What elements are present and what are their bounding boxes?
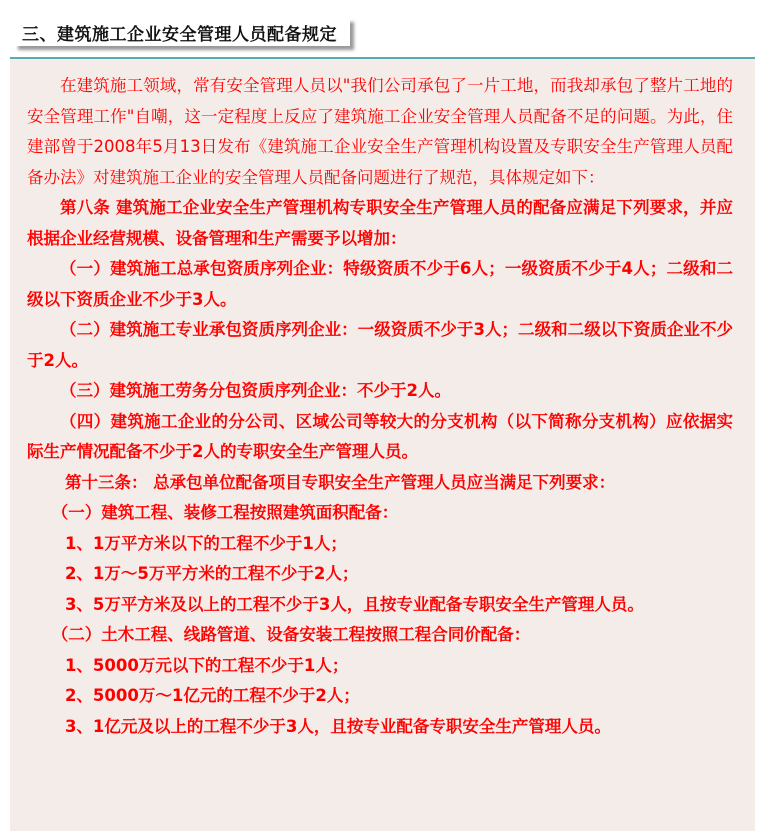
article-8-item: （三）建筑施工劳务分包资质序列企业：不少于2人。 xyxy=(27,376,733,407)
article-13-group2-item: 3、1亿元及以上的工程不少于3人，且按专业配备专职安全生产管理人员。 xyxy=(27,712,733,743)
article-13-group1-item: 2、1万～5万平方米的工程不少于2人； xyxy=(27,559,733,590)
content-box: 在建筑施工领域，常有安全管理人员以"我们公司承包了一片工地，而我却承包了整片工地… xyxy=(10,57,755,831)
article-13-group1-title: （一）建筑工程、装修工程按照建筑面积配备： xyxy=(27,498,733,529)
article-13-group2-item: 1、5000万元以下的工程不少于1人； xyxy=(27,651,733,682)
article-13-group1-item: 3、5万平方米及以上的工程不少于3人，且按专业配备专职安全生产管理人员。 xyxy=(27,590,733,621)
article-8-item: （二）建筑施工专业承包资质序列企业：一级资质不少于3人；二级和二级以下资质企业不… xyxy=(27,315,733,376)
article-8-item: （四）建筑施工企业的分公司、区域公司等较大的分支机构（以下简称分支机构）应依据实… xyxy=(27,407,733,468)
article-13-title: 第十三条： 总承包单位配备项目专职安全生产管理人员应当满足下列要求： xyxy=(27,468,733,499)
article-8-title: 第八条 建筑施工企业安全生产管理机构专职安全生产管理人员的配备应满足下列要求，并… xyxy=(27,193,733,254)
section-title: 三、建筑施工企业安全管理人员配备规定 xyxy=(22,20,337,45)
article-8-item: （一）建筑施工总承包资质序列企业：特级资质不少于6人；一级资质不少于4人；二级和… xyxy=(27,254,733,315)
article-13-group2-item: 2、5000万～1亿元的工程不少于2人； xyxy=(27,681,733,712)
article-13-group2-title: （二）土木工程、线路管道、设备安装工程按照工程合同价配备： xyxy=(27,620,733,651)
intro-paragraph: 在建筑施工领域，常有安全管理人员以"我们公司承包了一片工地，而我却承包了整片工地… xyxy=(27,71,733,193)
article-13-group1-item: 1、1万平方米以下的工程不少于1人； xyxy=(27,529,733,560)
section-header: 三、建筑施工企业安全管理人员配备规定 xyxy=(14,18,350,46)
